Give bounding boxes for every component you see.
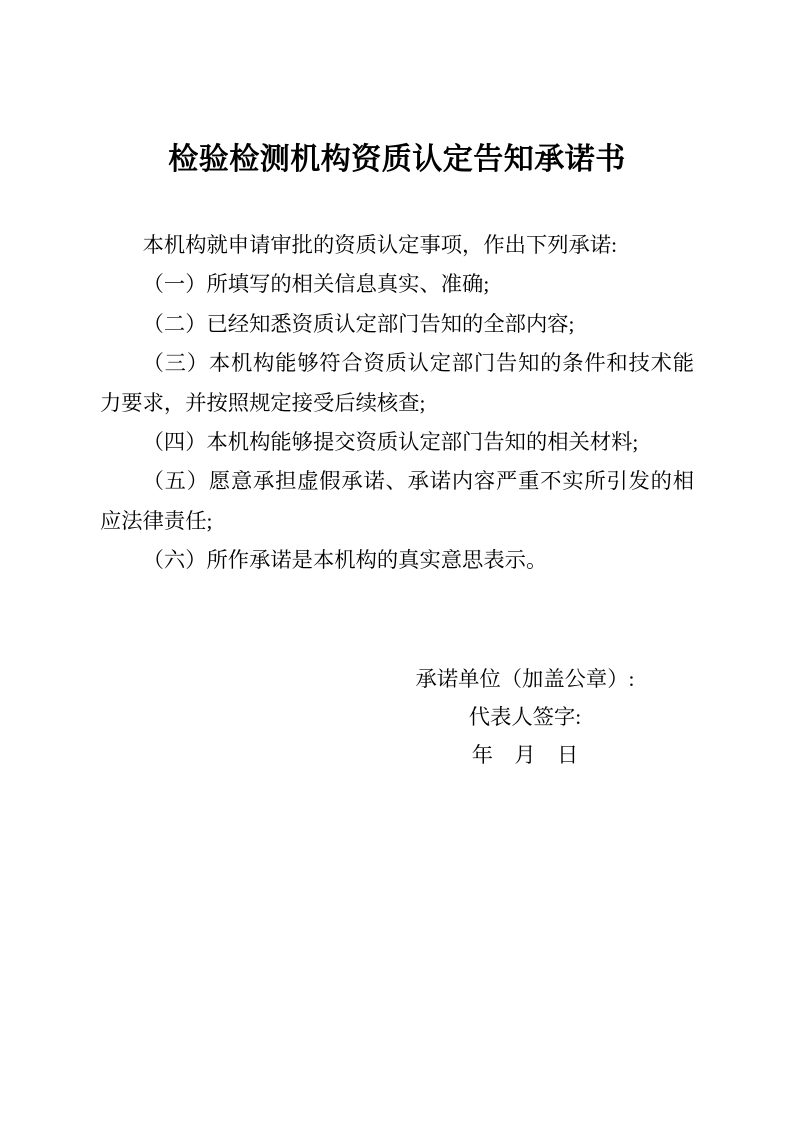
document-page: 检验检测机构资质认定告知承诺书 本机构就申请审批的资质认定事项，作出下列承诺: … <box>0 0 793 1122</box>
document-body: 本机构就申请审批的资质认定事项，作出下列承诺: （一）所填写的相关信息真实、准确… <box>100 226 694 581</box>
signature-unit-line: 承诺单位（加盖公章）: <box>375 660 675 698</box>
signature-date-line: 年 月 日 <box>375 736 675 774</box>
commitment-item-6: （六）所作承诺是本机构的真实意思表示。 <box>100 541 694 580</box>
signature-representative-line: 代表人签字: <box>375 698 675 736</box>
commitment-item-5: （五）愿意承担虚假承诺、承诺内容严重不实所引发的相应法律责任; <box>100 462 694 541</box>
signature-block: 承诺单位（加盖公章）: 代表人签字: 年 月 日 <box>375 660 675 774</box>
commitment-item-2: （二）已经知悉资质认定部门告知的全部内容; <box>100 305 694 344</box>
commitment-item-4: （四）本机构能够提交资质认定部门告知的相关材料; <box>100 423 694 462</box>
document-title: 检验检测机构资质认定告知承诺书 <box>100 138 694 182</box>
intro-paragraph: 本机构就申请审批的资质认定事项，作出下列承诺: <box>100 226 694 265</box>
commitment-item-1: （一）所填写的相关信息真实、准确; <box>100 265 694 304</box>
commitment-item-3: （三）本机构能够符合资质认定部门告知的条件和技术能力要求，并按照规定接受后续核查… <box>100 344 694 423</box>
